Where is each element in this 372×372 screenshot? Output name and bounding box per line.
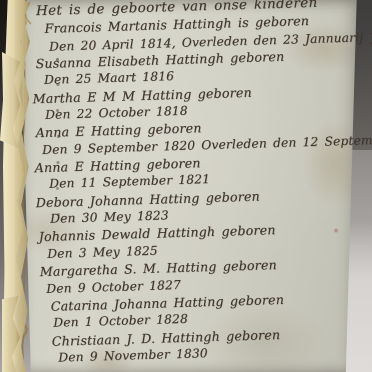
- death-year: 1839: [369, 26, 372, 48]
- handwritten-register: Het is de geboorte van onse kinderen Fra…: [0, 0, 372, 368]
- manuscript-photo: Het is de geboorte van onse kinderen Fra…: [0, 0, 372, 372]
